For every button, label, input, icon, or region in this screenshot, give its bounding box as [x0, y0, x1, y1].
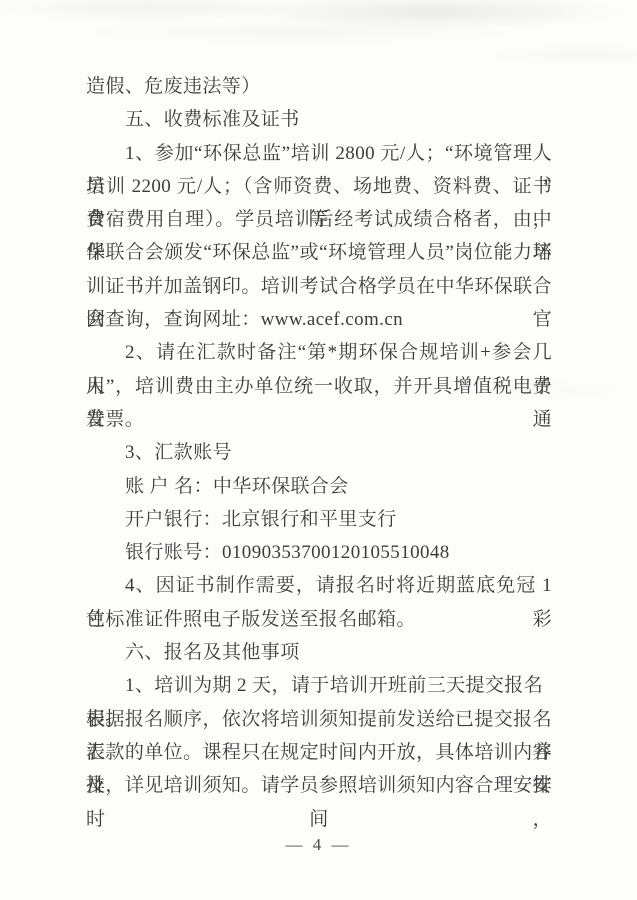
- text-line: 银行账号：01090353700120105510048: [86, 536, 552, 569]
- text-line: 4、因证书制作需要，请报名时将近期蓝底免冠 1 寸彩: [86, 569, 552, 602]
- text-line: 训证书并加盖钢印。培训考试合格学员在中华环保联合会官: [86, 270, 552, 303]
- text-line: 2、请在汇款时备注“第*期环保合规培训+参会几人费: [86, 336, 552, 369]
- text-line: 排，详见培训须知。请学员参照培训须知内容合理安排时间，: [86, 769, 552, 802]
- document-body: 造假、危废违法等）五、收费标准及证书1、参加“环保总监”培训 2800 元/人；…: [86, 70, 552, 803]
- text-line: 开户银行：北京银行和平里支行: [86, 503, 552, 536]
- scanned-document-page: 造假、危废违法等）五、收费标准及证书1、参加“环保总监”培训 2800 元/人；…: [0, 0, 637, 900]
- text-line: 汇款的单位。课程只在规定时间内开放，具体培训内容及安: [86, 736, 552, 769]
- page-number: — 4 —: [286, 835, 352, 854]
- text-line: 用”，培训费由主办单位统一收取，并开具增值税电子普通: [86, 370, 552, 403]
- text-line: 根据报名顺序，依次将培训须知提前发送给已提交报名表并: [86, 703, 552, 736]
- text-line: 账 户 名：中华环保联合会: [86, 470, 552, 503]
- text-line: 造假、危废违法等）: [86, 70, 552, 103]
- text-line: 3、汇款账号: [86, 436, 552, 469]
- page-number-footer: — 4 —: [0, 834, 637, 856]
- text-line: 食宿费用自理）。学员培训后经考试成绩合格者，由中华环: [86, 203, 552, 236]
- text-line: 保联合会颁发“环保总监”或“环境管理人员”岗位能力培: [86, 236, 552, 269]
- text-line: 培训 2200 元/人；（含师资费、场地费、资料费、证书费等，: [86, 170, 552, 203]
- text-line: 六、报名及其他事项: [86, 636, 552, 669]
- text-line: 1、培训为期 2 天，请于培训开班前三天提交报名表。: [86, 669, 552, 702]
- text-line: 1、参加“环保总监”培训 2800 元/人；“环境管理人员”: [86, 137, 552, 170]
- text-line: 五、收费标准及证书: [86, 103, 552, 136]
